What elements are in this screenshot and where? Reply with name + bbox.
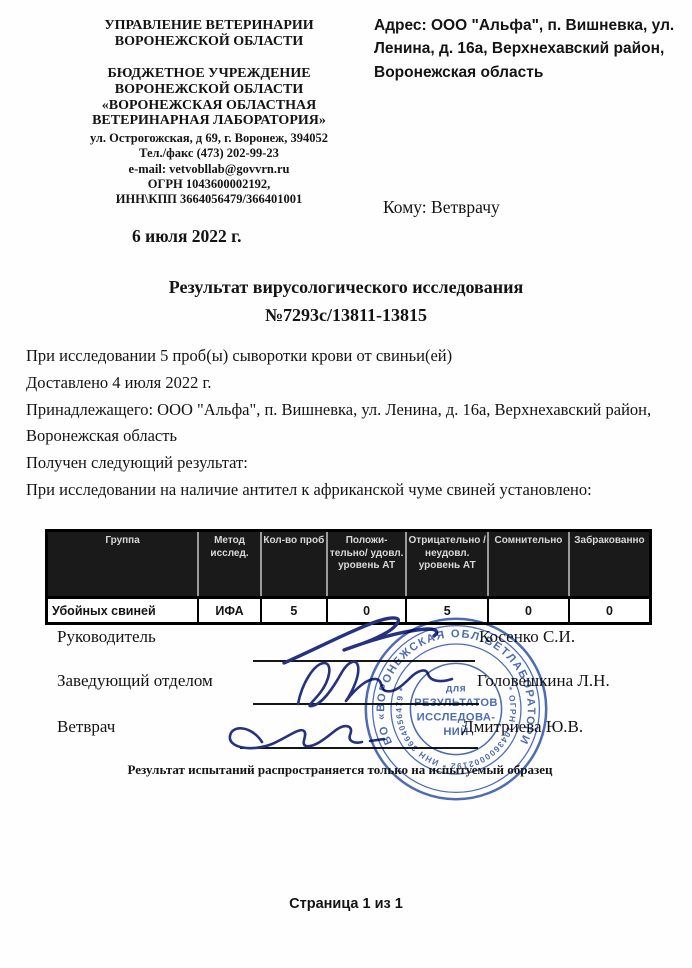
table-header-cell: Группа (47, 531, 199, 598)
document-title-line2: №7293с/13811-13815 (0, 302, 692, 330)
stamp-center-text: РЕЗУЛЬТАТОВ (414, 697, 498, 709)
org-institution-line: БЮДЖЕТНОЕ УЧРЕЖДЕНИЕ (50, 66, 368, 82)
table-header-row: Группа Метод исслед. Кол-во проб Положи­… (47, 531, 651, 598)
org-phone: Тел./факс (473) 202-99-23 (50, 146, 368, 161)
body-paragraph: При исследовании 5 проб(ы) сыворотки кро… (26, 343, 672, 369)
org-street: ул. Острогожская, д 69, г. Воронеж, 3940… (50, 131, 368, 146)
body-paragraph: Доставлено 4 июля 2022 г. (26, 370, 672, 396)
org-department-line: УПРАВЛЕНИЕ ВЕТЕРИНАРИИ (50, 18, 368, 34)
table-cell-rejected: 0 (569, 598, 651, 624)
stamp-center-text: ИССЛЕДОВА- (417, 712, 496, 724)
body-paragraph: Получен следующий результат: (26, 450, 672, 476)
org-department-line: ВОРОНЕЖСКОЙ ОБЛАСТИ (50, 34, 368, 50)
document-title-line1: Результат вирусологического исследования (0, 274, 692, 302)
letterhead-org-block: УПРАВЛЕНИЕ ВЕТЕРИНАРИИ ВОРОНЕЖСКОЙ ОБЛАС… (50, 18, 368, 207)
recipient-to: Кому: Ветврачу (383, 197, 500, 218)
table-header-cell: Кол-во проб (261, 531, 327, 598)
signature-role: Заведующий отделом (57, 671, 213, 691)
table-header-cell: Метод исслед. (198, 531, 261, 598)
table-cell-method: ИФА (198, 598, 261, 624)
org-institution-line: «ВОРОНЕЖСКАЯ ОБЛАСТНАЯ (50, 98, 368, 114)
stamp-center-text: НИЙ (443, 725, 468, 738)
document-title: Результат вирусологического исследования… (0, 274, 692, 330)
org-ogrn: ОГРН 1043600002192, (50, 177, 368, 192)
table-row: Убойных свиней ИФА 5 0 5 0 0 (47, 598, 651, 624)
org-email: e-mail: vetvobllab@govvrn.ru (50, 162, 368, 177)
table-cell-samples: 5 (261, 598, 327, 624)
footer-disclaimer: Результат испытаний распространяется тол… (0, 762, 680, 778)
page-number: Страница 1 из 1 (0, 896, 692, 912)
body-paragraph: При исследовании на наличие антител к аф… (26, 477, 672, 503)
signature-role: Руководитель (57, 627, 156, 647)
table-header-cell: Положи­тельно/ удовл. уровень АТ (327, 531, 407, 598)
org-institution-line: ВЕТЕРИНАРНАЯ ЛАБОРАТОРИЯ» (50, 113, 368, 129)
document-page: УПРАВЛЕНИЕ ВЕТЕРИНАРИИ ВОРОНЕЖСКОЙ ОБЛАС… (0, 0, 692, 968)
results-table: Группа Метод исслед. Кол-во проб Положи­… (45, 529, 652, 625)
document-date: 6 июля 2022 г. (132, 226, 242, 247)
org-inn-kpp: ИНН\КПП 3664056479/366401001 (50, 192, 368, 207)
org-institution-line: ВОРОНЕЖСКОЙ ОБЛАСТИ (50, 82, 368, 98)
body-paragraph: Принадлежащего: ООО "Альфа", п. Вишневка… (26, 397, 672, 449)
table-cell-group: Убойных свиней (47, 598, 199, 624)
document-body: При исследовании 5 проб(ы) сыворотки кро… (26, 343, 672, 504)
signature-role: Ветврач (57, 717, 115, 737)
stamp-center-text: для (446, 684, 466, 695)
table-header-cell: Отрица­тельно / неудовл. уровень АТ (406, 531, 488, 598)
table-header-cell: Сомни­тельно (488, 531, 569, 598)
table-header-cell: Забрако­ванно (569, 531, 651, 598)
recipient-address: Адрес: ООО "Альфа", п. Вишневка, ул. Лен… (374, 14, 680, 84)
